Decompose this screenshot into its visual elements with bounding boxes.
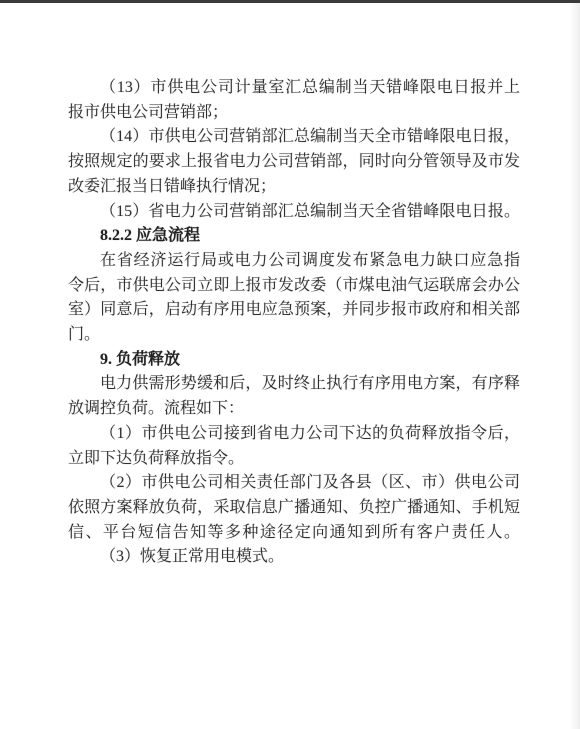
document-content: （13）市供电公司计量室汇总编制当天错峰限电日报并上报市供电公司营销部；（14）…: [68, 76, 520, 570]
document-line: （13）市供电公司计量室汇总编制当天错峰限电日报并上: [68, 76, 520, 101]
page-top-edge-bar: [0, 0, 580, 3]
document-line: （1）市供电公司接到省电力公司下达的负荷释放指令后，: [68, 422, 520, 447]
document-line: 室）同意后，启动有序用电应急预案，并同步报市政府和相关部: [68, 298, 520, 323]
section-heading: 8.2.2 应急流程: [68, 224, 520, 249]
document-page: （13）市供电公司计量室汇总编制当天错峰限电日报并上报市供电公司营销部；（14）…: [0, 0, 580, 729]
document-line: （2）市供电公司相关责任部门及各县（区、市）供电公司: [68, 471, 520, 496]
document-line: 立即下达负荷释放指令。: [68, 447, 520, 472]
document-line: 令后，市供电公司立即上报市发改委（市煤电油气运联席会办公: [68, 274, 520, 299]
document-line: 改委汇报当日错峰执行情况；: [68, 175, 520, 200]
document-line: 报市供电公司营销部；: [68, 101, 520, 126]
document-line: （15）省电力公司营销部汇总编制当天全省错峰限电日报。: [68, 200, 520, 225]
document-line: 依照方案释放负荷，采取信息广播通知、负控广播通知、手机短: [68, 496, 520, 521]
document-line: 在省经济运行局或电力公司调度发布紧急电力缺口应急指: [68, 249, 520, 274]
page-right-edge-shadow: [570, 3, 580, 729]
section-heading: 9. 负荷释放: [68, 348, 520, 373]
document-line: 放调控负荷。流程如下：: [68, 397, 520, 422]
document-line: （14）市供电公司营销部汇总编制当天全市错峰限电日报，: [68, 125, 520, 150]
document-line: 按照规定的要求上报省电力公司营销部，同时向分管领导及市发: [68, 150, 520, 175]
document-line: 信、平台短信告知等多种途径定向通知到所有客户责任人。: [68, 521, 520, 546]
document-line: （3）恢复正常用电模式。: [68, 545, 520, 570]
document-line: 电力供需形势缓和后，及时终止执行有序用电方案，有序释: [68, 372, 520, 397]
document-line: 门。: [68, 323, 520, 348]
